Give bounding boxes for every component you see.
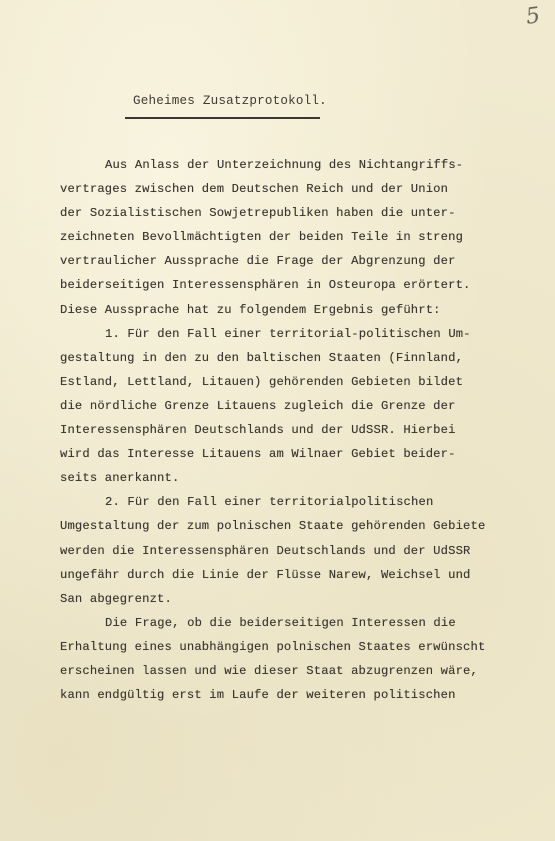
section-2-heading-line: 2. Für den Fall einer territorialpolitis… <box>60 490 480 514</box>
text-line: seits anerkannt. <box>60 466 480 490</box>
text-line: kann endgültig erst im Laufe der weitere… <box>60 683 480 707</box>
text-line: die nördliche Grenze Litauens zugleich d… <box>60 394 480 418</box>
text-line: werden die Interessensphären Deutschland… <box>60 539 480 563</box>
text-line: wird das Interesse Litauens am Wilnaer G… <box>60 442 480 466</box>
title-underline <box>125 117 320 119</box>
text-line: Estland, Lettland, Litauen) gehörenden G… <box>60 370 480 394</box>
text-line: Erhaltung eines unabhängigen polnischen … <box>60 635 480 659</box>
text-line: Umgestaltung der zum polnischen Staate g… <box>60 514 480 538</box>
text-line: vertrages zwischen dem Deutschen Reich u… <box>60 177 480 201</box>
text-line: zeichneten Bevollmächtigten der beiden T… <box>60 225 480 249</box>
text-line: San abgegrenzt. <box>60 587 480 611</box>
text-line: der Sozialistischen Sowjetrepubliken hab… <box>60 201 480 225</box>
text-line: ungefähr durch die Linie der Flüsse Nare… <box>60 563 480 587</box>
document-page: 5 Geheimes Zusatzprotokoll. Aus Anlass d… <box>0 0 555 841</box>
text-line: Die Frage, ob die beiderseitigen Interes… <box>60 611 480 635</box>
text-line: Diese Aussprache hat zu folgendem Ergebn… <box>60 298 480 322</box>
text-line: beiderseitigen Interessensphären in Oste… <box>60 273 480 297</box>
text-line: Aus Anlass der Unterzeichnung des Nichta… <box>60 153 480 177</box>
text-line: erscheinen lassen und wie dieser Staat a… <box>60 659 480 683</box>
text-line: gestaltung in den zu den baltischen Staa… <box>60 346 480 370</box>
handwritten-page-number: 5 <box>524 3 541 30</box>
text-line: vertraulicher Aussprache die Frage der A… <box>60 249 480 273</box>
document-title: Geheimes Zusatzprotokoll. <box>133 94 327 108</box>
document-body: Aus Anlass der Unterzeichnung des Nichta… <box>60 153 480 707</box>
section-1-heading-line: 1. Für den Fall einer territorial-politi… <box>60 322 480 346</box>
text-line: Interessensphären Deutschlands und der U… <box>60 418 480 442</box>
